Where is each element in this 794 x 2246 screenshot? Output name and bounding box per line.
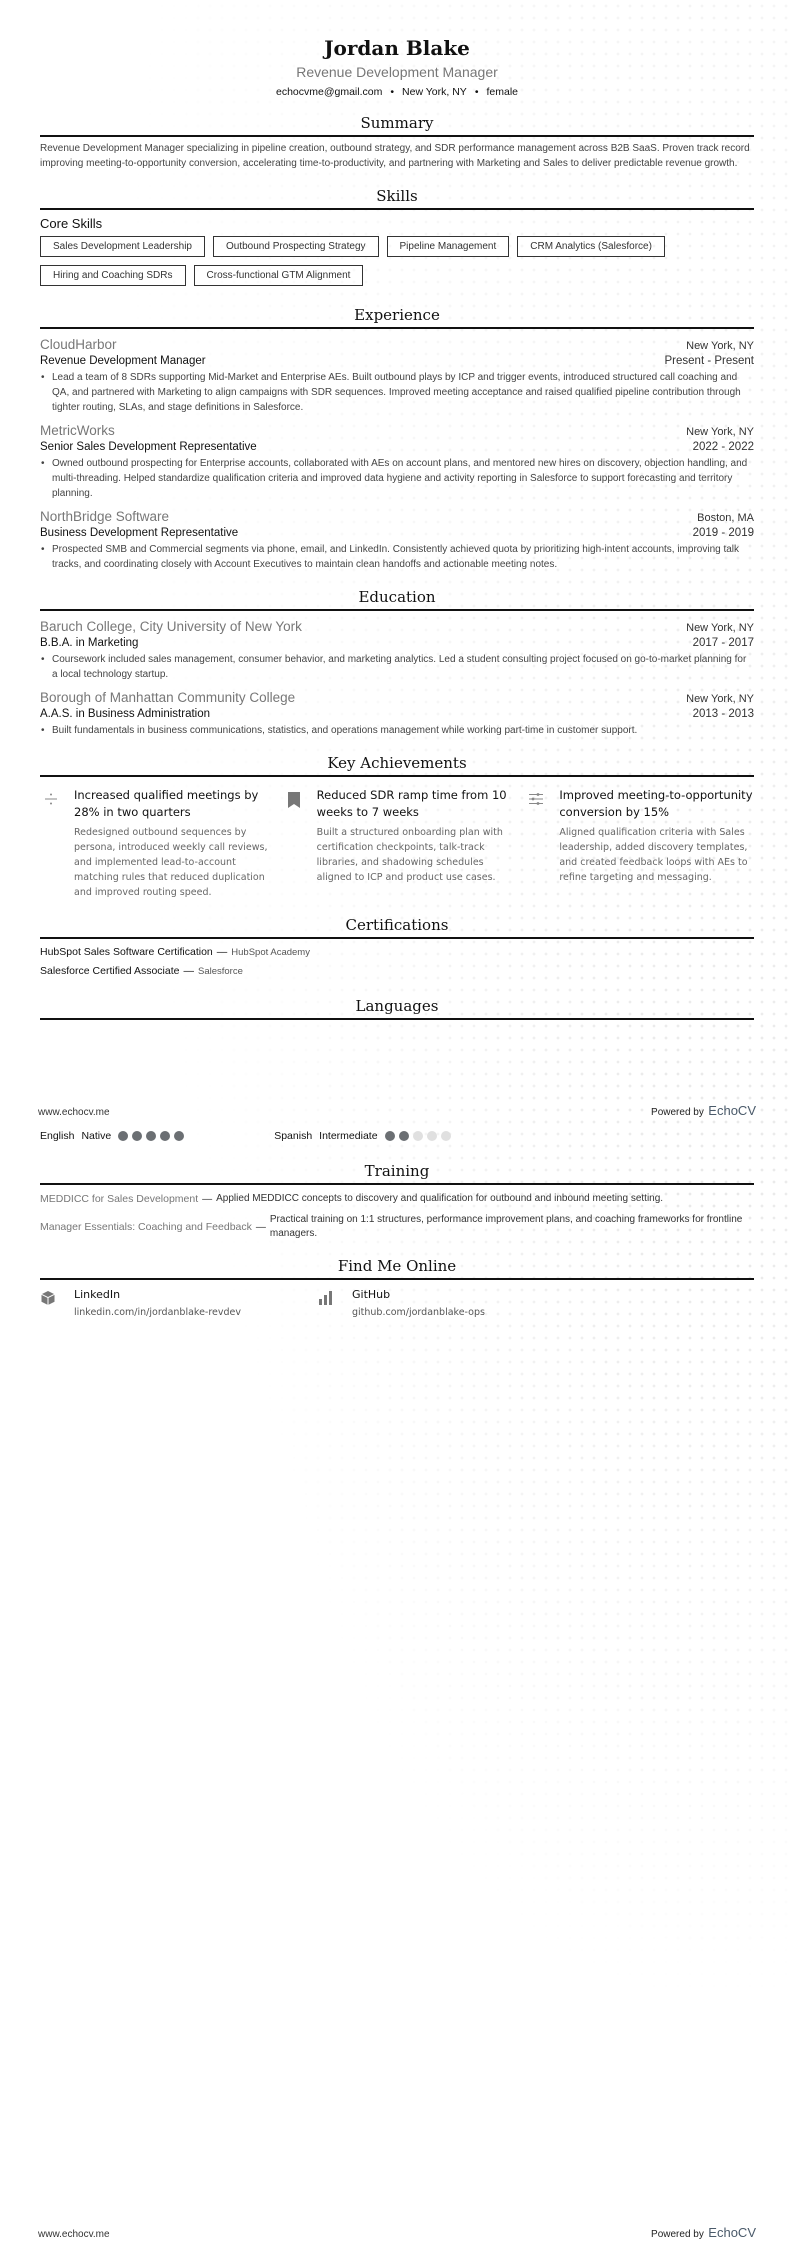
education-list: Baruch College, City University of New Y…: [40, 619, 754, 738]
languages-list: EnglishNativeSpanishIntermediate: [40, 1130, 754, 1142]
rating-dot: [160, 1131, 170, 1141]
experience-entry: NorthBridge SoftwareBoston, MABusiness D…: [40, 509, 754, 572]
bar-chart-icon: [318, 1288, 338, 1318]
certifications-list: HubSpot Sales Software Certification—Hub…: [40, 946, 754, 977]
rating-dot: [174, 1131, 184, 1141]
section-title-education: Education: [40, 588, 754, 611]
dash-separator: —: [256, 1222, 266, 1233]
separator: •: [475, 86, 479, 98]
experience-header: CloudHarborNew York, NY: [40, 337, 754, 352]
job-title: Revenue Development Manager: [40, 355, 206, 367]
online-profiles: LinkedInlinkedin.com/in/jordanblake-revd…: [40, 1288, 754, 1318]
profile-url[interactable]: linkedin.com/in/jordanblake-revdev: [74, 1307, 241, 1318]
training-name: MEDDICC for Sales Development: [40, 1193, 198, 1205]
achievement-item: Reduced SDR ramp time from 10 weeks to 7…: [283, 787, 512, 900]
achievement-body: Improved meeting-to-opportunity conversi…: [559, 787, 754, 900]
school-name: Baruch College, City University of New Y…: [40, 619, 302, 634]
achievement-title: Improved meeting-to-opportunity conversi…: [559, 787, 754, 821]
section-title-languages: Languages: [40, 997, 754, 1020]
profile-url[interactable]: github.com/jordanblake-ops: [352, 1307, 485, 1318]
education-location: New York, NY: [686, 622, 754, 634]
section-title-certifications: Certifications: [40, 916, 754, 939]
contact-location: New York, NY: [402, 86, 467, 98]
education-dates: 2017 - 2017: [693, 637, 754, 649]
rating-dot: [118, 1131, 128, 1141]
language-rating: [118, 1131, 184, 1141]
experience-list: CloudHarborNew York, NYRevenue Developme…: [40, 337, 754, 572]
bullet-item: Coursework included sales management, co…: [40, 652, 754, 682]
language-item: EnglishNative: [40, 1130, 184, 1142]
rating-dot: [399, 1131, 409, 1141]
education-entry: Borough of Manhattan Community CollegeNe…: [40, 690, 754, 738]
section-title-online: Find Me Online: [40, 1257, 754, 1280]
skill-chip: Cross-functional GTM Alignment: [194, 265, 364, 286]
achievement-item: Improved meeting-to-opportunity conversi…: [525, 787, 754, 900]
education-subheader: B.B.A. in Marketing2017 - 2017: [40, 634, 754, 649]
education-bullets: Coursework included sales management, co…: [40, 652, 754, 682]
dash-separator: —: [217, 946, 228, 958]
skill-chip: Outbound Prospecting Strategy: [213, 236, 379, 257]
language-rating: [385, 1131, 451, 1141]
page-footer: www.echocv.me Powered by EchoCV: [38, 2224, 756, 2242]
school-name: Borough of Manhattan Community College: [40, 690, 295, 705]
skill-chip: CRM Analytics (Salesforce): [517, 236, 665, 257]
separator: •: [390, 86, 394, 98]
certification-issuer: HubSpot Academy: [231, 947, 310, 958]
experience-subheader: Senior Sales Development Representative2…: [40, 438, 754, 453]
skill-chip: Hiring and Coaching SDRs: [40, 265, 186, 286]
brand-logo[interactable]: EchoCV: [708, 1103, 756, 1118]
profile-label: LinkedIn: [74, 1288, 241, 1301]
bullet-item: Prospected SMB and Commercial segments v…: [40, 542, 754, 572]
education-dates: 2013 - 2013: [693, 708, 754, 720]
education-location: New York, NY: [686, 693, 754, 705]
education-entry: Baruch College, City University of New Y…: [40, 619, 754, 682]
experience-dates: 2022 - 2022: [693, 441, 754, 453]
experience-bullets: Lead a team of 8 SDRs supporting Mid-Mar…: [40, 370, 754, 415]
contact-gender: female: [487, 86, 519, 98]
language-name: English: [40, 1130, 74, 1142]
section-title-experience: Experience: [40, 306, 754, 329]
experience-subheader: Revenue Development ManagerPresent - Pre…: [40, 352, 754, 367]
experience-dates: 2019 - 2019: [693, 527, 754, 539]
divide-icon: [40, 787, 62, 900]
rating-dot: [132, 1131, 142, 1141]
sliders-icon: [525, 787, 547, 900]
skills-group-title: Core Skills: [40, 216, 754, 231]
dash-separator: —: [202, 1194, 212, 1205]
skill-chip: Sales Development Leadership: [40, 236, 205, 257]
rating-dot: [146, 1131, 156, 1141]
section-title-summary: Summary: [40, 114, 754, 137]
training-description: Applied MEDDICC concepts to discovery an…: [216, 1192, 663, 1206]
online-profile-linkedin[interactable]: LinkedInlinkedin.com/in/jordanblake-revd…: [40, 1288, 318, 1318]
job-title: Senior Sales Development Representative: [40, 441, 257, 453]
achievement-title: Increased qualified meetings by 28% in t…: [74, 787, 269, 821]
company-name: CloudHarbor: [40, 337, 117, 352]
education-bullets: Built fundamentals in business communica…: [40, 723, 754, 738]
brand-logo[interactable]: EchoCV: [708, 2225, 756, 2240]
certification-issuer: Salesforce: [198, 966, 243, 977]
section-title-skills: Skills: [40, 187, 754, 210]
rating-dot: [427, 1131, 437, 1141]
section-title-achievements: Key Achievements: [40, 754, 754, 777]
powered-by-label: Powered by: [651, 1107, 704, 1118]
candidate-title: Revenue Development Manager: [40, 64, 754, 80]
training-item: Manager Essentials: Coaching and Feedbac…: [40, 1213, 754, 1241]
achievement-description: Redesigned outbound sequences by persona…: [74, 825, 269, 900]
profile-label: GitHub: [352, 1288, 485, 1301]
education-header: Borough of Manhattan Community CollegeNe…: [40, 690, 754, 705]
experience-header: MetricWorksNew York, NY: [40, 423, 754, 438]
contact-email[interactable]: echocvme@gmail.com: [276, 86, 382, 98]
degree: B.B.A. in Marketing: [40, 637, 138, 649]
training-item: MEDDICC for Sales Development—Applied ME…: [40, 1192, 754, 1206]
footer-site-link[interactable]: www.echocv.me: [38, 2229, 110, 2240]
online-profile-body: GitHubgithub.com/jordanblake-ops: [352, 1288, 485, 1318]
online-profile-body: LinkedInlinkedin.com/in/jordanblake-revd…: [74, 1288, 241, 1318]
bullet-item: Built fundamentals in business communica…: [40, 723, 754, 738]
experience-location: Boston, MA: [697, 512, 754, 524]
certification-item: HubSpot Sales Software Certification—Hub…: [40, 946, 754, 958]
language-item: SpanishIntermediate: [274, 1130, 450, 1142]
certification-name: HubSpot Sales Software Certification: [40, 946, 213, 958]
experience-entry: CloudHarborNew York, NYRevenue Developme…: [40, 337, 754, 415]
experience-entry: MetricWorksNew York, NYSenior Sales Deve…: [40, 423, 754, 501]
summary-text: Revenue Development Manager specializing…: [40, 141, 754, 171]
resume-header: Jordan Blake Revenue Development Manager…: [40, 0, 754, 98]
experience-location: New York, NY: [686, 340, 754, 352]
achievement-description: Aligned qualification criteria with Sale…: [559, 825, 754, 885]
contact-line: echocvme@gmail.com•New York, NY•female: [40, 86, 754, 98]
education-header: Baruch College, City University of New Y…: [40, 619, 754, 634]
footer-powered: Powered by EchoCV: [651, 2224, 756, 2242]
language-level: Intermediate: [319, 1130, 377, 1142]
footer-powered: Powered by EchoCV: [651, 1102, 756, 1120]
training-name: Manager Essentials: Coaching and Feedbac…: [40, 1221, 252, 1233]
company-name: NorthBridge Software: [40, 509, 169, 524]
experience-bullets: Prospected SMB and Commercial segments v…: [40, 542, 754, 572]
resume-page: Jordan Blake Revenue Development Manager…: [0, 0, 794, 1318]
powered-by-label: Powered by: [651, 2229, 704, 2240]
language-name: Spanish: [274, 1130, 312, 1142]
experience-bullets: Owned outbound prospecting for Enterpris…: [40, 456, 754, 501]
bullet-item: Owned outbound prospecting for Enterpris…: [40, 456, 754, 501]
bookmark-icon: [283, 787, 305, 900]
certification-name: Salesforce Certified Associate: [40, 965, 179, 977]
training-list: MEDDICC for Sales Development—Applied ME…: [40, 1192, 754, 1241]
dash-separator: —: [183, 965, 194, 977]
skills-list: Sales Development LeadershipOutbound Pro…: [40, 236, 754, 286]
experience-dates: Present - Present: [665, 355, 754, 367]
online-profile-github[interactable]: GitHubgithub.com/jordanblake-ops: [318, 1288, 596, 1318]
rating-dot: [413, 1131, 423, 1141]
language-level: Native: [81, 1130, 111, 1142]
experience-header: NorthBridge SoftwareBoston, MA: [40, 509, 754, 524]
rating-dot: [385, 1131, 395, 1141]
company-name: MetricWorks: [40, 423, 115, 438]
achievement-body: Increased qualified meetings by 28% in t…: [74, 787, 269, 900]
job-title: Business Development Representative: [40, 527, 238, 539]
achievement-body: Reduced SDR ramp time from 10 weeks to 7…: [317, 787, 512, 900]
achievement-title: Reduced SDR ramp time from 10 weeks to 7…: [317, 787, 512, 821]
degree: A.A.S. in Business Administration: [40, 708, 210, 720]
page-footer: www.echocv.me Powered by EchoCV: [38, 1102, 756, 1120]
achievements-list: Increased qualified meetings by 28% in t…: [40, 787, 754, 900]
footer-site-link[interactable]: www.echocv.me: [38, 1107, 110, 1118]
achievement-description: Built a structured onboarding plan with …: [317, 825, 512, 885]
achievement-item: Increased qualified meetings by 28% in t…: [40, 787, 269, 900]
experience-location: New York, NY: [686, 426, 754, 438]
education-subheader: A.A.S. in Business Administration2013 - …: [40, 705, 754, 720]
certification-item: Salesforce Certified Associate—Salesforc…: [40, 965, 754, 977]
section-title-training: Training: [40, 1162, 754, 1185]
bullet-item: Lead a team of 8 SDRs supporting Mid-Mar…: [40, 370, 754, 415]
rating-dot: [441, 1131, 451, 1141]
cube-icon: [40, 1288, 60, 1318]
candidate-name: Jordan Blake: [40, 36, 754, 60]
skill-chip: Pipeline Management: [387, 236, 510, 257]
training-description: Practical training on 1:1 structures, pe…: [270, 1213, 754, 1241]
experience-subheader: Business Development Representative2019 …: [40, 524, 754, 539]
